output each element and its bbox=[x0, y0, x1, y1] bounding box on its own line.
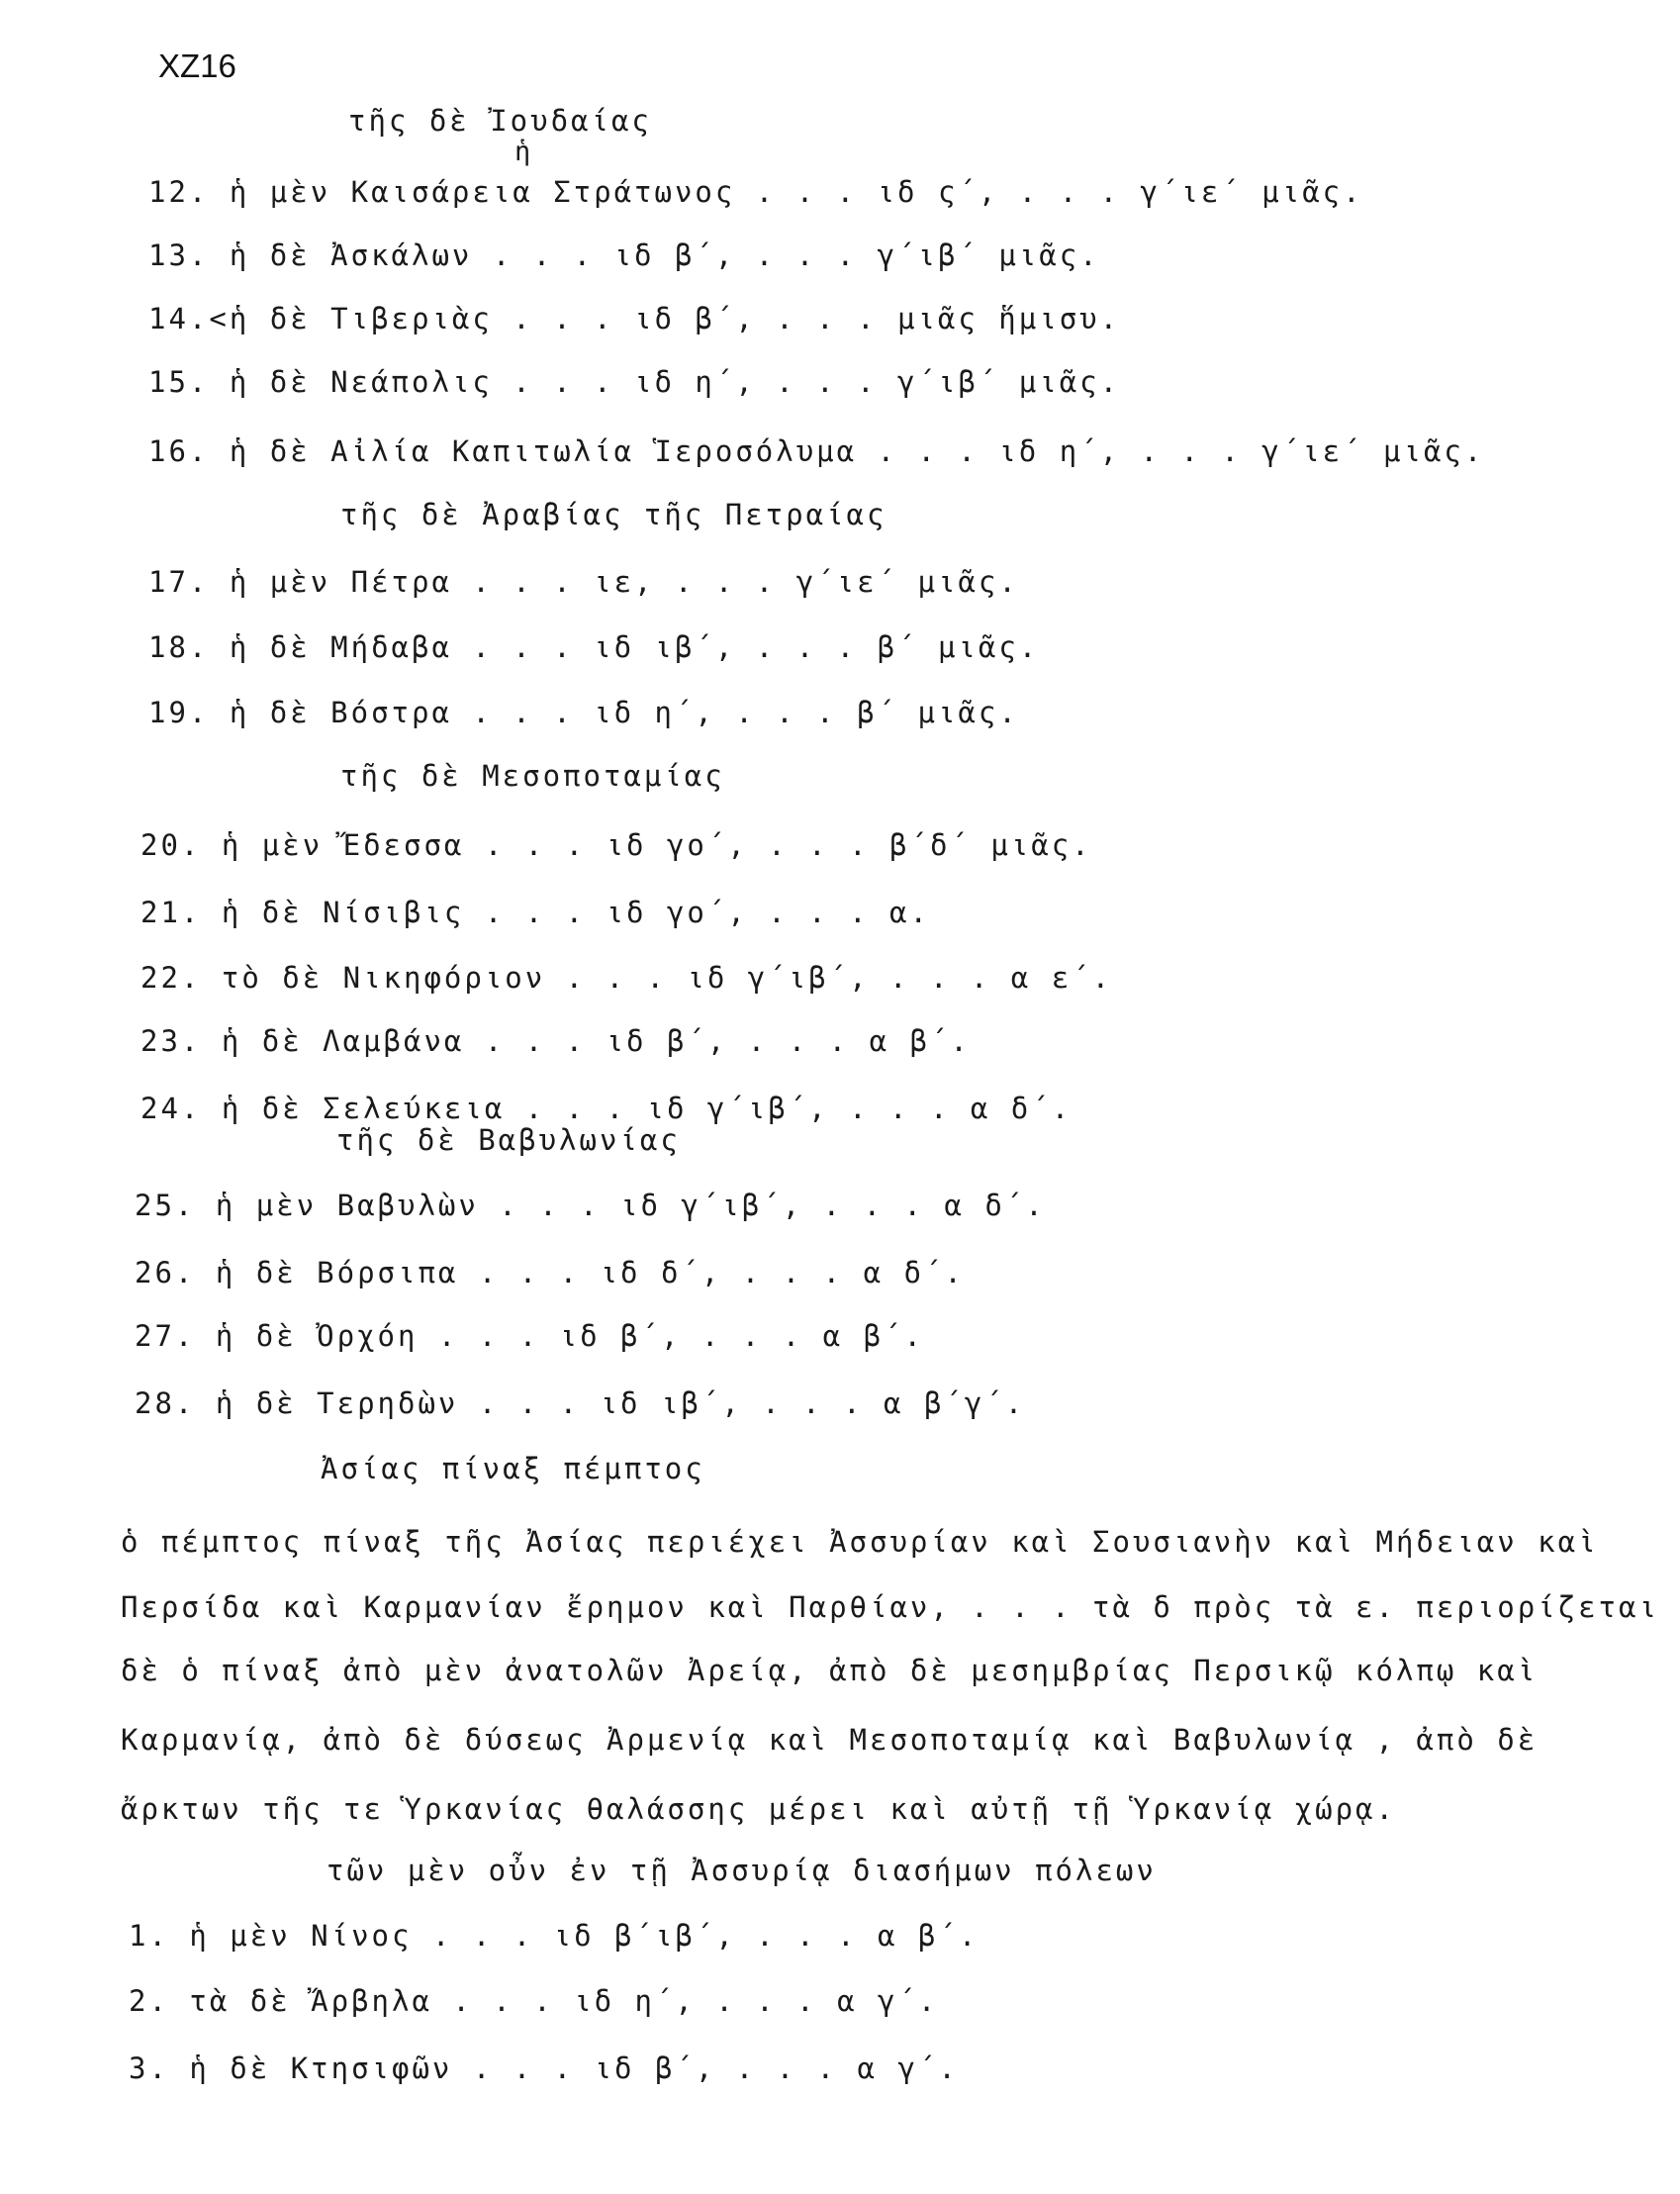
section-heading-assyria: τῶν μὲν οὖν ἐν τῇ Ἀσσυρίᾳ διασήμων πόλεω… bbox=[327, 1857, 1157, 1885]
entry-text: ἡ μὲν Καισάρεια Στράτωνος . . . ιδ ς΄, .… bbox=[230, 175, 1363, 209]
page-id: XZ16 bbox=[158, 48, 236, 85]
entry-number: 16. bbox=[148, 434, 209, 468]
entry-text: ἡ δὲ Μήδαβα . . . ιδ ιβ΄, . . . β΄ μιᾶς. bbox=[230, 630, 1039, 664]
entry-number: 27. bbox=[135, 1319, 195, 1353]
entry-text: ἡ μὲν Ἔδεσσα . . . ιδ γο΄, . . . β΄δ΄ μι… bbox=[222, 828, 1092, 862]
paragraph-line-3: δὲ ὁ πίναξ ἀπὸ μὲν ἀνατολῶν Ἀρείᾳ, ἀπὸ δ… bbox=[121, 1657, 1538, 1685]
entry-text: ἡ δὲ Λαμβάνα . . . ιδ β΄, . . . α β΄. bbox=[222, 1024, 971, 1058]
entry-21: 21. ἡ δὲ Νίσιβις . . . ιδ γο΄, . . . α. bbox=[140, 899, 930, 927]
entry-text: ἡ μὲν Νίνος . . . ιδ β΄ιβ΄, . . . α β΄. bbox=[189, 1919, 979, 1953]
entry-number: 15. bbox=[148, 365, 209, 399]
entry-12: 12. ἡ μὲν Καισάρεια Στράτωνος . . . ιδ ς… bbox=[148, 178, 1363, 207]
entry-number: 2. bbox=[129, 1984, 169, 2018]
entry-number: 21. bbox=[140, 896, 201, 929]
entry-text: ἡ δὲ Κτησιφῶν . . . ιδ β΄, . . . α γ΄. bbox=[189, 2051, 958, 2085]
entry-text: τὰ δὲ Ἄρβηλα . . . ιδ η΄, . . . α γ΄. bbox=[189, 1984, 938, 2018]
section-heading-arabia: τῆς δὲ Ἀραβίας τῆς Πετραίας bbox=[340, 501, 887, 529]
entry-19: 19. ἡ δὲ Βόστρα . . . ιδ η΄, . . . β΄ μι… bbox=[148, 699, 1019, 727]
entry-text: <ἡ δὲ Τιβεριὰς . . . ιδ β΄, . . . μιᾶς ἥ… bbox=[209, 302, 1120, 335]
entry-16: 16. ἡ δὲ Αἰλία Καπιτωλία Ἱεροσόλυμα . . … bbox=[148, 437, 1484, 466]
entry-18: 18. ἡ δὲ Μήδαβα . . . ιδ ιβ΄, . . . β΄ μ… bbox=[148, 633, 1039, 662]
entry-text: ἡ δὲ Σελεύκεια . . . ιδ γ΄ιβ΄, . . . α δ… bbox=[222, 1092, 1072, 1125]
entry-number: 17. bbox=[148, 565, 209, 599]
entry-25: 25. ἡ μὲν Βαβυλὼν . . . ιδ γ΄ιβ΄, . . . … bbox=[135, 1192, 1046, 1220]
section-heading-babylonia: τῆς δὲ Βαβυλωνίας bbox=[336, 1126, 681, 1155]
entry-text: ἡ δὲ Τερηδὼν . . . ιδ ιβ΄, . . . α β΄γ΄. bbox=[216, 1386, 1025, 1420]
section-heading-mesopotamia: τῆς δὲ Μεσοποταμίας bbox=[340, 762, 725, 791]
entry-number: 24. bbox=[140, 1092, 201, 1125]
section-heading-asia-fifth: Ἀσίας πίναξ πέμπτος bbox=[321, 1455, 705, 1483]
entry-text: ἡ μὲν Πέτρα . . . ιε, . . . γ΄ιε΄ μιᾶς. bbox=[230, 565, 1019, 599]
entry-text: ἡ δὲ Ὀρχόη . . . ιδ β΄, . . . α β΄. bbox=[216, 1319, 924, 1353]
entry-20: 20. ἡ μὲν Ἔδεσσα . . . ιδ γο΄, . . . β΄δ… bbox=[140, 831, 1092, 860]
entry-text: ἡ μὲν Βαβυλὼν . . . ιδ γ΄ιβ΄, . . . α δ΄… bbox=[216, 1189, 1046, 1222]
entry-text: ἡ δὲ Βόρσιπα . . . ιδ δ΄, . . . α δ΄. bbox=[216, 1256, 965, 1289]
entry-13: 13. ἡ δὲ Ἀσκάλων . . . ιδ β΄, . . . γ΄ιβ… bbox=[148, 241, 1100, 270]
paragraph-line-5: ἄρκτων τῆς τε Ὑρκανίας θαλάσσης μέρει κα… bbox=[121, 1795, 1396, 1824]
entry-number: 12. bbox=[148, 175, 209, 209]
entry-14: 14.<ἡ δὲ Τιβεριὰς . . . ιδ β΄, . . . μιᾶ… bbox=[148, 305, 1120, 334]
entry-number: 20. bbox=[140, 828, 201, 862]
entry-assyria-3: 3. ἡ δὲ Κτησιφῶν . . . ιδ β΄, . . . α γ΄… bbox=[129, 2054, 959, 2083]
entry-17: 17. ἡ μὲν Πέτρα . . . ιε, . . . γ΄ιε΄ μι… bbox=[148, 568, 1019, 597]
entry-text: ἡ δὲ Νίσιβις . . . ιδ γο΄, . . . α. bbox=[222, 896, 930, 929]
entry-number: 14. bbox=[148, 302, 209, 335]
entry-number: 26. bbox=[135, 1256, 195, 1289]
entry-text: ἡ δὲ Ἀσκάλων . . . ιδ β΄, . . . γ΄ιβ΄ μι… bbox=[230, 238, 1100, 272]
entry-number: 1. bbox=[129, 1919, 169, 1953]
section-heading-judaea: τῆς δὲ Ἰουδαίας bbox=[348, 107, 652, 136]
entry-number: 13. bbox=[148, 238, 209, 272]
entry-text: ἡ δὲ Νεάπολις . . . ιδ η΄, . . . γ΄ιβ΄ μ… bbox=[230, 365, 1120, 399]
correction-mark: ἡ bbox=[514, 139, 533, 165]
paragraph-line-2: Περσίδα καὶ Καρμανίαν ἔρημον καὶ Παρθίαν… bbox=[121, 1593, 1659, 1622]
entry-number: 18. bbox=[148, 630, 209, 664]
paragraph-line-1: ὁ πέμπτος πίναξ τῆς Ἀσίας περιέχει Ἀσσυρ… bbox=[121, 1528, 1599, 1557]
entry-22: 22. τὸ δὲ Νικηφόριον . . . ιδ γ΄ιβ΄, . .… bbox=[140, 964, 1112, 993]
entry-number: 22. bbox=[140, 961, 201, 995]
entry-assyria-2: 2. τὰ δὲ Ἄρβηλα . . . ιδ η΄, . . . α γ΄. bbox=[129, 1987, 938, 2016]
entry-15: 15. ἡ δὲ Νεάπολις . . . ιδ η΄, . . . γ΄ι… bbox=[148, 368, 1120, 397]
entry-assyria-1: 1. ἡ μὲν Νίνος . . . ιδ β΄ιβ΄, . . . α β… bbox=[129, 1922, 979, 1951]
entry-24: 24. ἡ δὲ Σελεύκεια . . . ιδ γ΄ιβ΄, . . .… bbox=[140, 1095, 1072, 1123]
entry-number: 3. bbox=[129, 2051, 169, 2085]
entry-number: 23. bbox=[140, 1024, 201, 1058]
entry-23: 23. ἡ δὲ Λαμβάνα . . . ιδ β΄, . . . α β΄… bbox=[140, 1027, 971, 1056]
entry-text: ἡ δὲ Αἰλία Καπιτωλία Ἱεροσόλυμα . . . ιδ… bbox=[230, 434, 1485, 468]
paragraph-line-4: Καρμανίᾳ, ἀπὸ δὲ δύσεως Ἀρμενίᾳ καὶ Μεσο… bbox=[121, 1726, 1538, 1755]
entry-text: τὸ δὲ Νικηφόριον . . . ιδ γ΄ιβ΄, . . . α… bbox=[222, 961, 1112, 995]
entry-28: 28. ἡ δὲ Τερηδὼν . . . ιδ ιβ΄, . . . α β… bbox=[135, 1389, 1025, 1418]
entry-number: 19. bbox=[148, 696, 209, 729]
entry-26: 26. ἡ δὲ Βόρσιπα . . . ιδ δ΄, . . . α δ΄… bbox=[135, 1259, 965, 1288]
entry-number: 28. bbox=[135, 1386, 195, 1420]
document-page: XZ16 τῆς δὲ Ἰουδαίας ἡ 12. ἡ μὲν Καισάρε… bbox=[0, 0, 1680, 2194]
entry-number: 25. bbox=[135, 1189, 195, 1222]
entry-text: ἡ δὲ Βόστρα . . . ιδ η΄, . . . β΄ μιᾶς. bbox=[230, 696, 1019, 729]
entry-27: 27. ἡ δὲ Ὀρχόη . . . ιδ β΄, . . . α β΄. bbox=[135, 1322, 924, 1351]
